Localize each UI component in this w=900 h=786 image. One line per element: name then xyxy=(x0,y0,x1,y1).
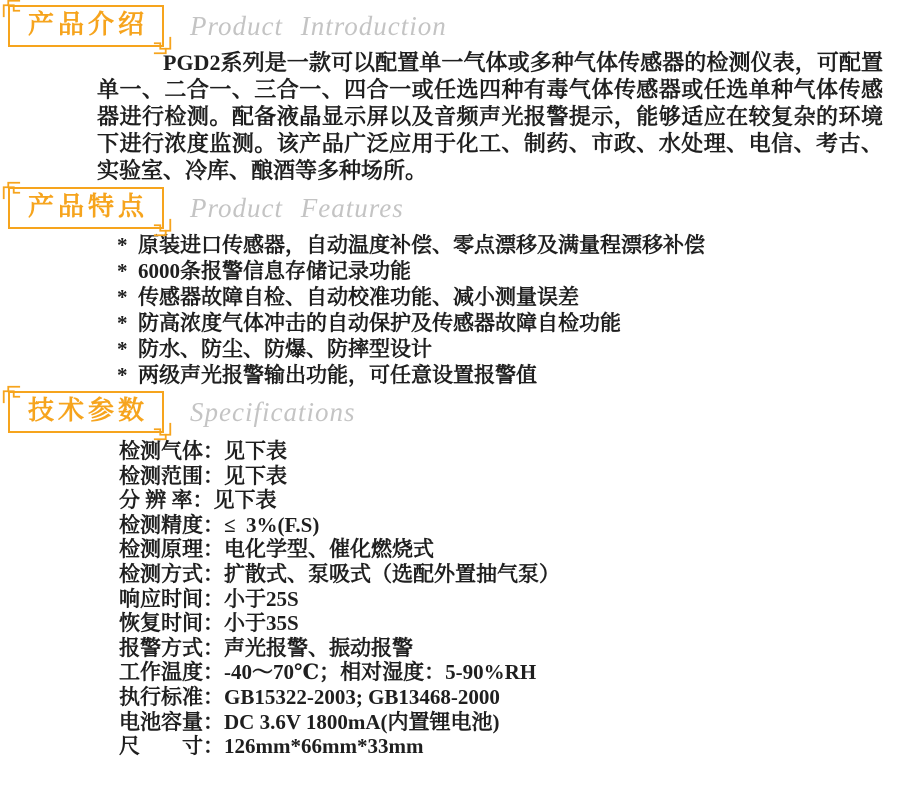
spec-value: 声光报警、振动报警 xyxy=(224,636,413,661)
fret-ornament-icon xyxy=(153,422,173,442)
section-badge-features: 产品特点 xyxy=(8,187,164,229)
fret-ornament-icon xyxy=(153,36,173,56)
section-specifications: 技术参数 Specifications 检测气体：见下表 检测范围：见下表 分 … xyxy=(0,390,900,759)
section-header-specifications: 技术参数 Specifications xyxy=(0,390,900,434)
fret-ornament-icon xyxy=(153,218,173,238)
product-page: 产品介绍 Product Introduction PGD2系列是一款可以配置单… xyxy=(0,0,900,759)
badge-title: 产品介绍 xyxy=(28,9,148,39)
spec-value: 见下表 xyxy=(224,439,287,464)
feature-text: 原装进口传感器，自动温度补偿、零点漂移及满量程漂移补偿 xyxy=(138,232,705,258)
feature-text: 防高浓度气体冲击的自动保护及传感器故障自检功能 xyxy=(138,310,621,336)
spec-label: 工作温度： xyxy=(119,660,224,685)
section-subtitle-en: Specifications xyxy=(190,397,355,428)
section-badge-introduction: 产品介绍 xyxy=(8,5,164,47)
section-header-features: 产品特点 Product Features xyxy=(0,186,900,230)
spec-label: 报警方式： xyxy=(119,636,224,661)
section-header-introduction: 产品介绍 Product Introduction xyxy=(0,4,900,48)
spec-value: 见下表 xyxy=(214,488,277,513)
fret-ornament-icon xyxy=(1,0,21,18)
section-subtitle-en: Product Introduction xyxy=(190,11,447,42)
spec-label: 响应时间： xyxy=(119,587,224,612)
spec-list: 检测气体：见下表 检测范围：见下表 分 辨 率：见下表 检测精度：≤ 3%(F.… xyxy=(119,439,900,759)
spec-value: 见下表 xyxy=(224,464,287,489)
spec-value: -40～70℃；相对湿度：5-90%RH xyxy=(224,660,536,685)
fret-ornament-icon xyxy=(1,180,21,200)
spec-row: 分 辨 率：见下表 xyxy=(119,488,900,513)
spec-row: 电池容量：DC 3.6V 1800mA(内置锂电池) xyxy=(119,710,900,735)
feature-item: *防水、防尘、防爆、防摔型设计 xyxy=(117,336,900,362)
section-subtitle-en: Product Features xyxy=(190,193,404,224)
badge-title: 技术参数 xyxy=(28,395,148,425)
feature-text: 6000条报警信息存储记录功能 xyxy=(138,258,411,284)
bullet: * xyxy=(117,362,138,388)
feature-item: *6000条报警信息存储记录功能 xyxy=(117,258,900,284)
spec-row: 恢复时间：小于35S xyxy=(119,611,900,636)
spec-row: 执行标准：GB15322-2003; GB13468-2000 xyxy=(119,685,900,710)
spec-row: 检测原理：电化学型、催化燃烧式 xyxy=(119,537,900,562)
spec-row: 检测范围：见下表 xyxy=(119,464,900,489)
spec-label: 分 辨 率： xyxy=(119,488,214,513)
spec-row: 检测精度：≤ 3%(F.S) xyxy=(119,513,900,538)
feature-item: *两级声光报警输出功能，可任意设置报警值 xyxy=(117,362,900,388)
feature-item: *防高浓度气体冲击的自动保护及传感器故障自检功能 xyxy=(117,310,900,336)
spec-value: 126mm*66mm*33mm xyxy=(224,734,423,759)
feature-list: *原装进口传感器，自动温度补偿、零点漂移及满量程漂移补偿 *6000条报警信息存… xyxy=(117,232,900,388)
bullet: * xyxy=(117,336,138,362)
section-introduction: 产品介绍 Product Introduction PGD2系列是一款可以配置单… xyxy=(0,4,900,184)
spec-label: 执行标准： xyxy=(119,685,224,710)
bullet: * xyxy=(117,310,138,336)
bullet: * xyxy=(117,232,138,258)
spec-label: 检测范围： xyxy=(119,464,224,489)
spec-value: 电化学型、催化燃烧式 xyxy=(224,537,434,562)
spec-label: 检测精度： xyxy=(119,513,224,538)
spec-row: 检测方式：扩散式、泵吸式（选配外置抽气泵） xyxy=(119,562,900,587)
spec-label: 检测方式： xyxy=(119,562,224,587)
spec-value: GB15322-2003; GB13468-2000 xyxy=(224,685,500,710)
spec-label: 尺 寸： xyxy=(119,734,224,759)
spec-row: 响应时间：小于25S xyxy=(119,587,900,612)
feature-text: 两级声光报警输出功能，可任意设置报警值 xyxy=(138,362,537,388)
fret-ornament-icon xyxy=(1,384,21,404)
badge-title: 产品特点 xyxy=(28,191,148,221)
spec-row: 尺 寸：126mm*66mm*33mm xyxy=(119,734,900,759)
feature-text: 防水、防尘、防爆、防摔型设计 xyxy=(138,336,432,362)
spec-value: ≤ 3%(F.S) xyxy=(224,513,319,538)
introduction-paragraph: PGD2系列是一款可以配置单一气体或多种气体传感器的检测仪表，可配置单一、二合一… xyxy=(97,49,883,184)
spec-value: 小于35S xyxy=(224,611,299,636)
spec-label: 检测原理： xyxy=(119,537,224,562)
spec-row: 报警方式：声光报警、振动报警 xyxy=(119,636,900,661)
spec-label: 电池容量： xyxy=(119,710,224,735)
feature-text: 传感器故障自检、自动校准功能、减小测量误差 xyxy=(138,284,579,310)
bullet: * xyxy=(117,258,138,284)
spec-value: 扩散式、泵吸式（选配外置抽气泵） xyxy=(224,562,560,587)
feature-item: *传感器故障自检、自动校准功能、减小测量误差 xyxy=(117,284,900,310)
section-badge-specifications: 技术参数 xyxy=(8,391,164,433)
section-features: 产品特点 Product Features *原装进口传感器，自动温度补偿、零点… xyxy=(0,186,900,388)
feature-item: *原装进口传感器，自动温度补偿、零点漂移及满量程漂移补偿 xyxy=(117,232,900,258)
spec-value: 小于25S xyxy=(224,587,299,612)
spec-label: 检测气体： xyxy=(119,439,224,464)
spec-row: 工作温度：-40～70℃；相对湿度：5-90%RH xyxy=(119,660,900,685)
spec-row: 检测气体：见下表 xyxy=(119,439,900,464)
spec-value: DC 3.6V 1800mA(内置锂电池) xyxy=(224,710,500,735)
bullet: * xyxy=(117,284,138,310)
spec-label: 恢复时间： xyxy=(119,611,224,636)
